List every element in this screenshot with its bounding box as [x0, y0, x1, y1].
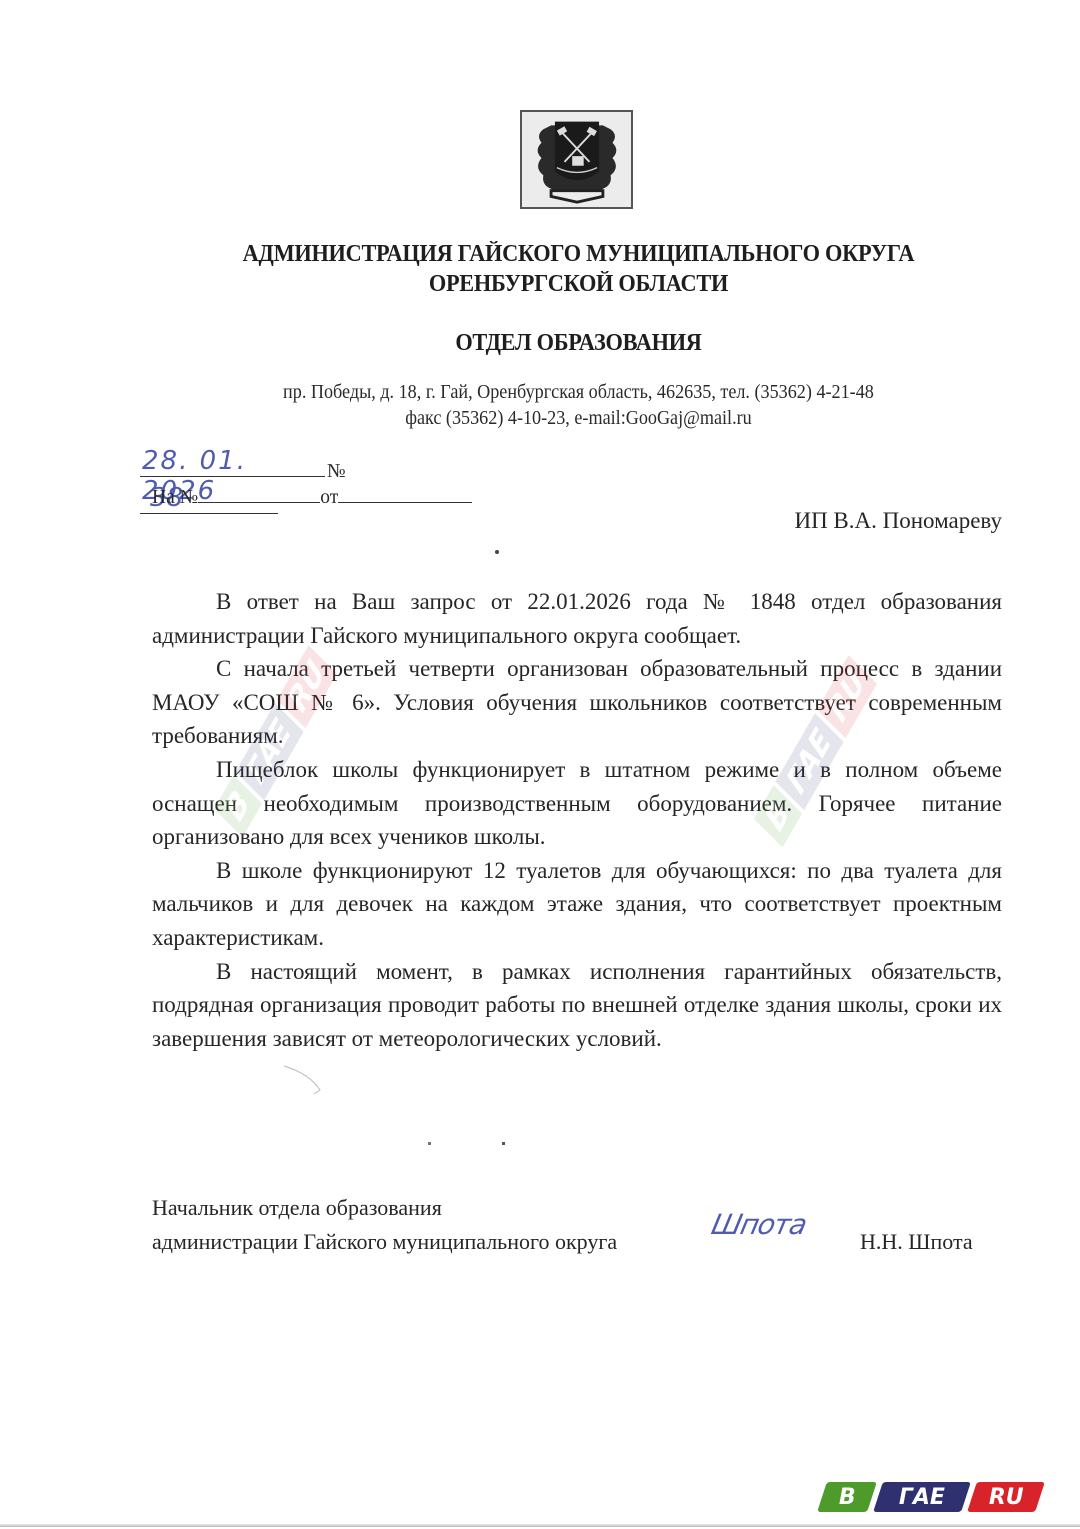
org-name-line1: АДМИНИСТРАЦИЯ ГАЙСКОГО МУНИЦИПАЛЬНОГО ОК…	[40, 241, 1080, 268]
signer-title-line2: администрации Гайского муниципального ок…	[152, 1225, 617, 1258]
reply-to-row: На №от	[152, 484, 472, 509]
coat-of-arms-emblem	[520, 110, 633, 209]
address-line2: факс (35362) 4-10-23, e-mail:GooGaj@mail…	[40, 408, 1080, 430]
from-label: от	[320, 487, 338, 508]
body-paragraph: В настоящий момент, в рамках исполнения …	[152, 955, 1002, 1056]
scan-speck	[428, 1142, 431, 1145]
number-label: №	[327, 461, 346, 482]
handwritten-signature: Шпота	[708, 1208, 809, 1241]
body-paragraph: В ответ на Ваш запрос от 22.01.2026 года…	[152, 585, 1002, 652]
body-paragraph: В школе функционируют 12 туалетов для об…	[152, 854, 1002, 955]
logo-tile-green: В	[817, 1482, 877, 1512]
recipient: ИП В.А. Пономареву	[794, 508, 1002, 534]
scan-speck	[502, 1142, 505, 1145]
scan-speck	[495, 550, 499, 554]
bottom-divider	[0, 1524, 1080, 1527]
logo-tile-red: RU	[967, 1482, 1045, 1512]
reply-to-label: На №	[152, 487, 198, 508]
logo-tile-navy: ГАЕ	[873, 1482, 971, 1512]
reply-date-field	[338, 484, 472, 503]
reply-number-field	[198, 484, 320, 503]
date-field: 28. 01. 2026	[140, 446, 325, 477]
department-name: ОТДЕЛ ОБРАЗОВАНИЯ	[40, 330, 1080, 357]
coat-of-arms-icon	[522, 112, 631, 207]
letter-body: В ответ на Ваш запрос от 22.01.2026 года…	[152, 585, 1002, 1055]
org-name-line2: ОРЕНБУРГСКОЙ ОБЛАСТИ	[40, 271, 1080, 298]
vgae-logo: В ГАЕ RU	[822, 1482, 1040, 1512]
scan-mark	[280, 1060, 340, 1110]
signer-name: Н.Н. Шпота	[860, 1225, 973, 1258]
signer-title-line1: Начальник отдела образования	[152, 1191, 442, 1224]
address-line1: пр. Победы, д. 18, г. Гай, Оренбургская …	[40, 382, 1080, 404]
